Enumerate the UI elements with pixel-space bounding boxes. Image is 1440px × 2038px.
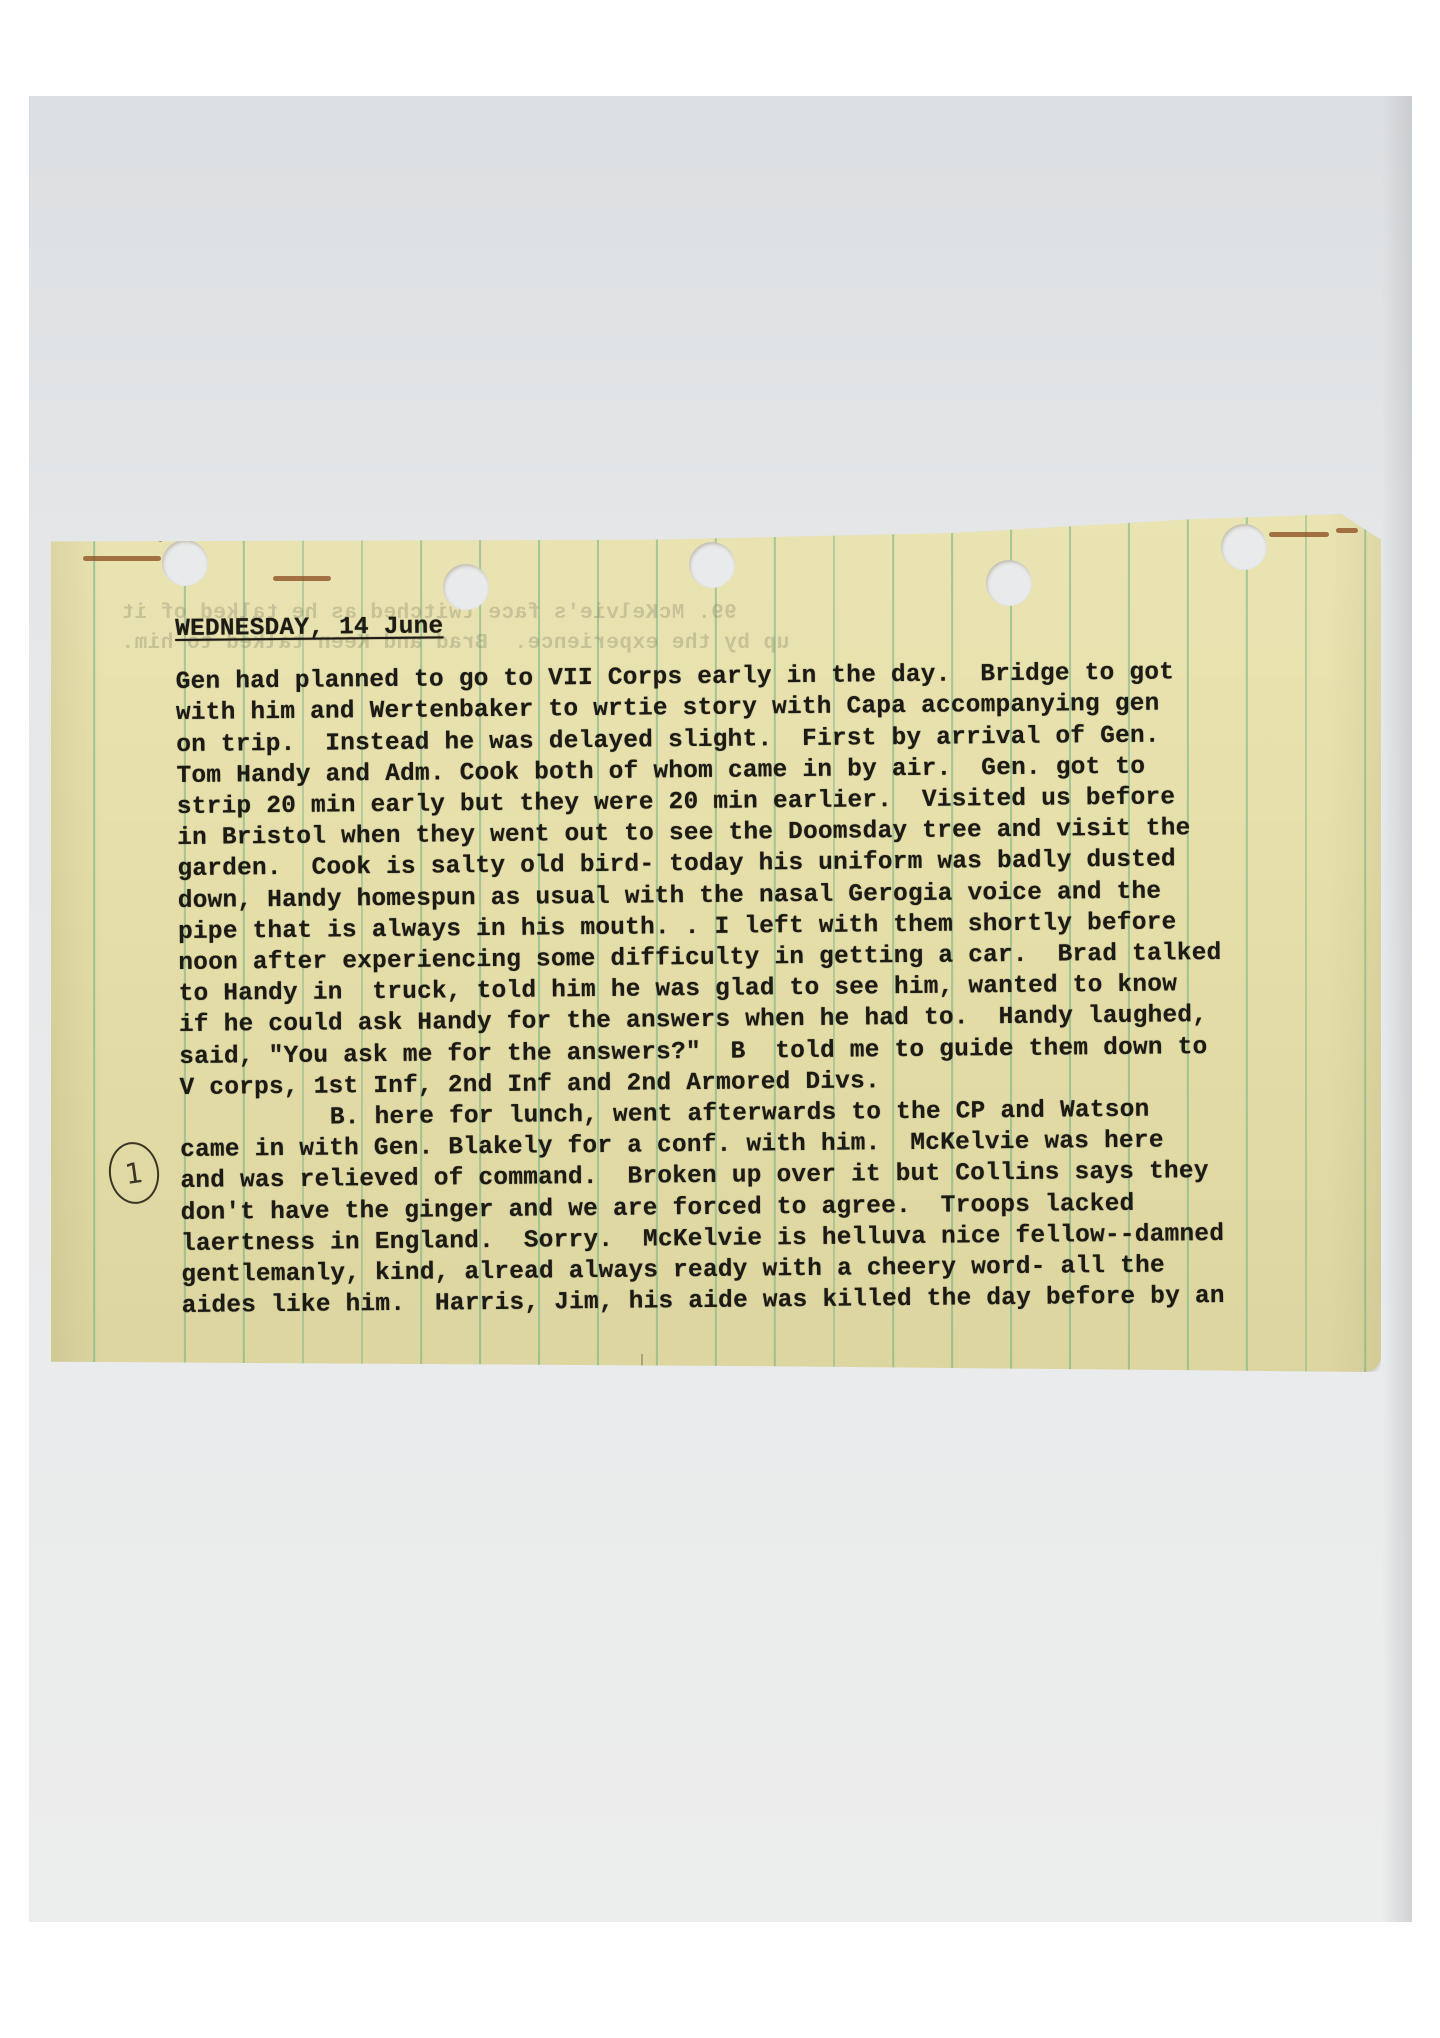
- rust-stain: [136, 526, 163, 542]
- punch-hole: [689, 542, 735, 588]
- punch-hole: [986, 560, 1032, 606]
- typewritten-entry: WEDNESDAY, 14 June Gen had planned to go…: [175, 603, 1372, 1323]
- rust-stain: [1336, 528, 1358, 533]
- entry-date-heading: WEDNESDAY, 14 June: [175, 611, 444, 645]
- rust-stain: [1269, 532, 1329, 537]
- rust-stain: [273, 576, 331, 581]
- punch-hole: [443, 564, 489, 610]
- punch-hole: [162, 540, 208, 586]
- photograph-backdrop: 99. McKelvie's face twitched as he talke…: [29, 96, 1412, 1922]
- punch-hole: [1221, 524, 1267, 570]
- rust-stain: [169, 528, 195, 542]
- rust-stain: [83, 556, 161, 561]
- card-tear: [641, 1354, 643, 1372]
- diary-card: 99. McKelvie's face twitched as he talke…: [51, 514, 1381, 1372]
